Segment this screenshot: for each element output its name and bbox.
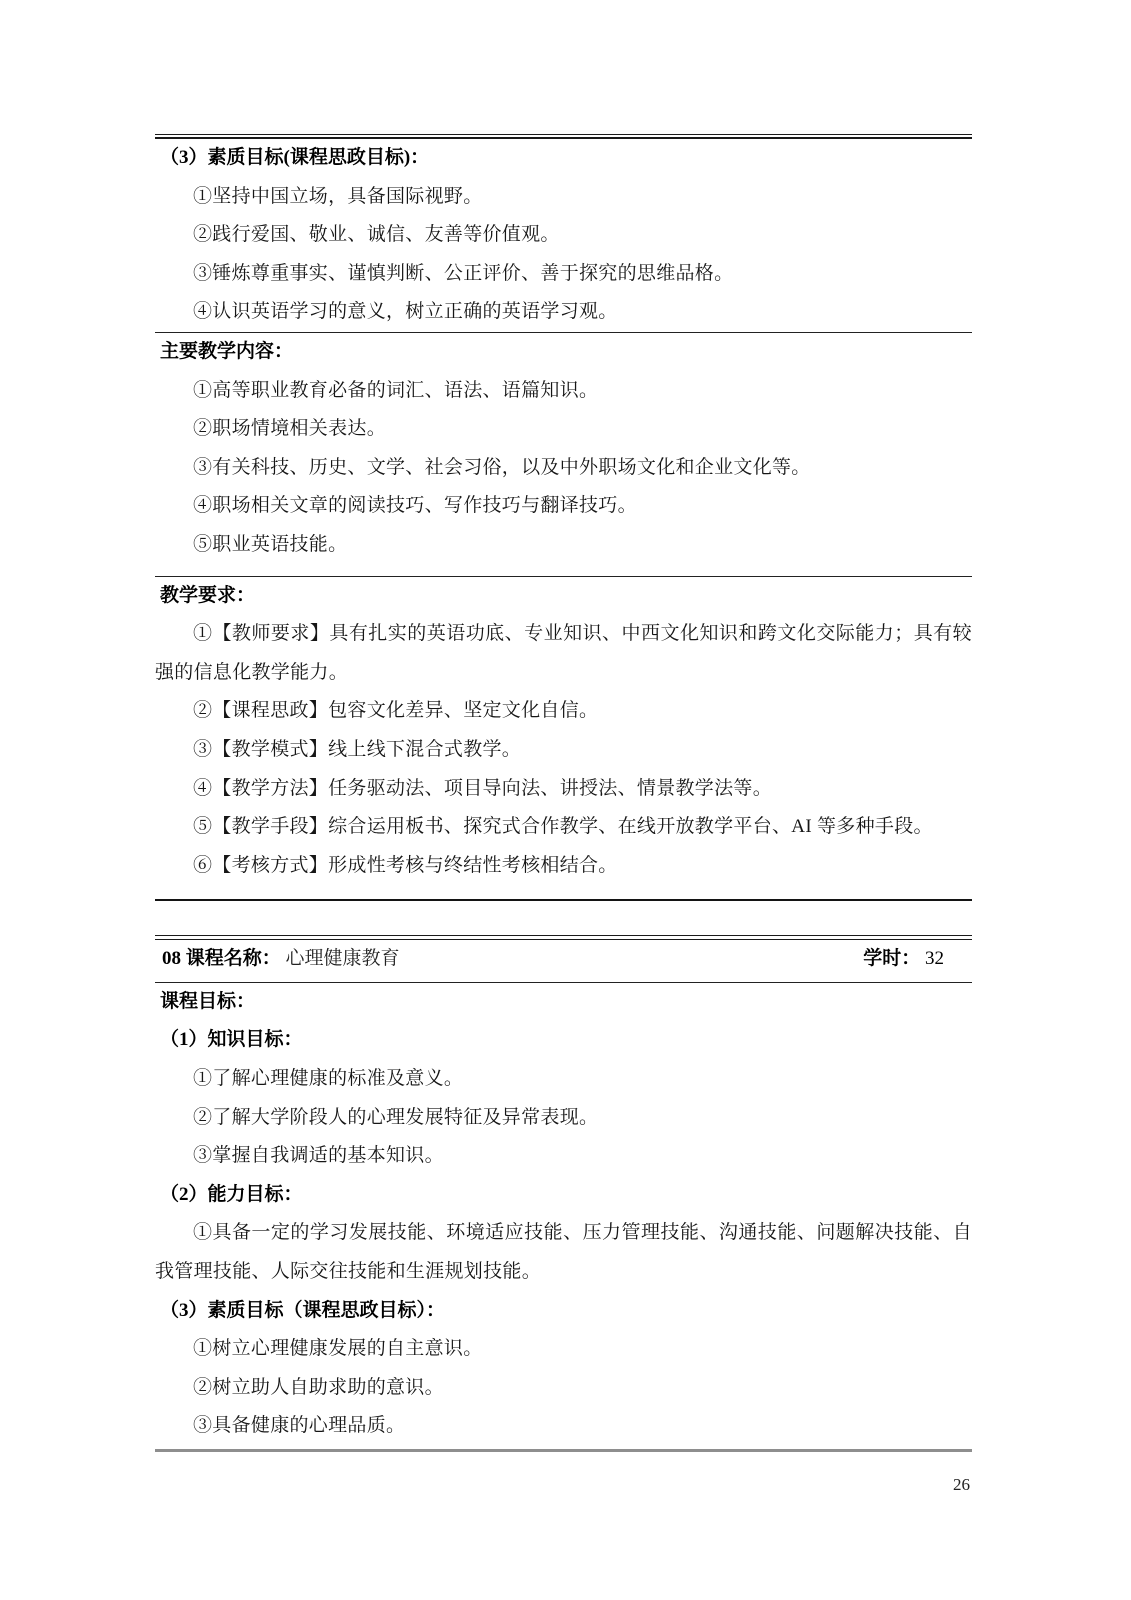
knowledge-goals-heading: （1）知识目标： (155, 1021, 972, 1060)
objective-item: ①坚持中国立场，具备国际视野。 (155, 178, 972, 217)
objective-item: ③锤炼尊重事实、谨慎判断、公正评价、善于探究的思维品格。 (155, 255, 972, 294)
page-number: 26 (155, 1466, 972, 1505)
content-item: ②职场情境相关表达。 (155, 410, 972, 449)
footer-divider (155, 1449, 972, 1452)
section-teaching-requirements: 教学要求： ①【教师要求】具有扎实的英语功底、专业知识、中西文化知识和跨文化交际… (155, 577, 972, 886)
objective-item: ③掌握自我调适的基本知识。 (155, 1137, 972, 1176)
section-teaching-content: 主要教学内容： ①高等职业教育必备的词汇、语法、语篇知识。 ②职场情境相关表达。… (155, 333, 972, 565)
content-item: ①高等职业教育必备的词汇、语法、语篇知识。 (155, 372, 972, 411)
objective-item: ③具备健康的心理品质。 (155, 1407, 972, 1446)
course-number: 08 (162, 948, 181, 969)
ability-goals-heading: （2）能力目标： (155, 1176, 972, 1215)
content-item: ④职场相关文章的阅读技巧、写作技巧与翻译技巧。 (155, 487, 972, 526)
document-page: （3）素质目标(课程思政目标)： ①坚持中国立场，具备国际视野。 ②践行爱国、敬… (0, 0, 1131, 1600)
requirement-item: ①【教师要求】具有扎实的英语功底、专业知识、中西文化知识和跨文化交际能力；具有较… (155, 615, 972, 692)
content-item: ③有关科技、历史、文学、社会习俗，以及中外职场文化和企业文化等。 (155, 449, 972, 488)
course-objectives-heading: 课程目标： (155, 983, 972, 1022)
requirement-item: ②【课程思政】包容文化差异、坚定文化自信。 (155, 692, 972, 731)
quality-goals-heading: （3）素质目标（课程思政目标）： (155, 1292, 972, 1331)
objective-item: ④认识英语学习的意义，树立正确的英语学习观。 (155, 293, 972, 332)
objective-item: ②践行爱国、敬业、诚信、友善等价值观。 (155, 216, 972, 255)
requirement-item: ③【教学模式】线上线下混合式教学。 (155, 731, 972, 770)
course-hours: 学时： 32 (863, 940, 944, 979)
section-quality-goals-prev: （3）素质目标(课程思政目标)： ①坚持中国立场，具备国际视野。 ②践行爱国、敬… (155, 139, 972, 332)
course-name: 心理健康教育 (286, 948, 400, 969)
objective-item: ②了解大学阶段人的心理发展特征及异常表现。 (155, 1099, 972, 1138)
teaching-requirements-heading: 教学要求： (155, 577, 972, 616)
objective-item: ①了解心理健康的标准及意义。 (155, 1060, 972, 1099)
course-hours-label: 学时： (863, 948, 920, 969)
requirement-item: ④【教学方法】任务驱动法、项目导向法、讲授法、情景教学法等。 (155, 770, 972, 809)
section-end-divider (155, 899, 972, 901)
objective-item: ①具备一定的学习发展技能、环境适应技能、压力管理技能、沟通技能、问题解决技能、自… (155, 1214, 972, 1291)
objective-item: ①树立心理健康发展的自主意识。 (155, 1330, 972, 1369)
course-name-label: 课程名称： (186, 948, 281, 969)
teaching-content-heading: 主要教学内容： (155, 333, 972, 372)
requirement-item: ⑥【考核方式】形成性考核与终结性考核相结合。 (155, 847, 972, 886)
course-header-row: 08 课程名称： 心理健康教育 学时： 32 (155, 940, 972, 979)
course-title: 08 课程名称： 心理健康教育 (162, 940, 400, 979)
document-content: （3）素质目标(课程思政目标)： ①坚持中国立场，具备国际视野。 ②践行爱国、敬… (155, 134, 972, 1505)
quality-goals-heading: （3）素质目标(课程思政目标)： (155, 139, 972, 178)
requirement-item: ⑤【教学手段】综合运用板书、探究式合作教学、在线开放教学平台、AI 等多种手段。 (155, 808, 972, 847)
section-course-objectives: 课程目标： （1）知识目标： ①了解心理健康的标准及意义。 ②了解大学阶段人的心… (155, 983, 972, 1446)
content-item: ⑤职业英语技能。 (155, 526, 972, 565)
course-hours-value: 32 (925, 948, 944, 969)
objective-item: ②树立助人自助求助的意识。 (155, 1369, 972, 1408)
